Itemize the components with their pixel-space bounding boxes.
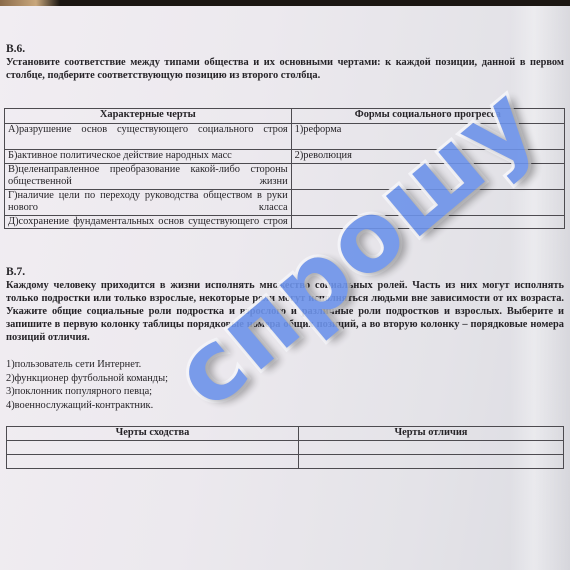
task6-number: В.6. [6, 43, 25, 55]
table-row [7, 455, 564, 469]
task7-number: В.7. [6, 266, 25, 278]
table-row: Г)наличие цели по переходу руководства о… [5, 189, 565, 215]
differences-cell[interactable] [299, 455, 564, 469]
task7-items: 1)пользователь сети Интернет. 2)функцион… [6, 358, 168, 412]
form-cell[interactable] [291, 215, 564, 229]
task7-table: Черты сходства Черты отличия [6, 426, 564, 469]
feature-cell[interactable]: Г)наличие цели по переходу руководства о… [5, 189, 292, 215]
task7-instruction: Каждому человеку приходится в жизни испо… [6, 279, 564, 344]
list-item: 1)пользователь сети Интернет. [6, 358, 168, 372]
table-row: Д)сохранение фундаментальных основ сущес… [5, 215, 565, 229]
form-cell[interactable] [291, 163, 564, 189]
list-item: 3)поклонник популярного певца; [6, 385, 168, 399]
table-header-row: Черты сходства Черты отличия [7, 427, 564, 441]
differences-cell[interactable] [299, 441, 564, 455]
task6-instruction: Установите соответствие между типами общ… [6, 56, 564, 82]
column-header-forms: Формы социального прогресса [291, 109, 564, 124]
form-cell[interactable] [291, 189, 564, 215]
column-header-differences: Черты отличия [299, 427, 564, 441]
feature-cell[interactable]: Д)сохранение фундаментальных основ сущес… [5, 215, 292, 229]
table-header-row: Характерные черты Формы социального прог… [5, 109, 565, 124]
column-header-features: Характерные черты [5, 109, 292, 124]
list-item: 2)функционер футбольной команды; [6, 372, 168, 386]
table-row: В)целенаправленное преобразование какой-… [5, 163, 565, 189]
form-cell[interactable]: 1)реформа [291, 124, 564, 150]
feature-cell[interactable]: А)разрушение основ существующего социаль… [5, 124, 292, 150]
worksheet-page: В.6. Установите соответствие между типам… [0, 6, 570, 570]
column-header-similarities: Черты сходства [7, 427, 299, 441]
table-row: Б)активное политическое действие народны… [5, 150, 565, 164]
similarities-cell[interactable] [7, 441, 299, 455]
form-cell[interactable]: 2)революция [291, 150, 564, 164]
table-row [7, 441, 564, 455]
task6-table: Характерные черты Формы социального прог… [4, 108, 565, 229]
similarities-cell[interactable] [7, 455, 299, 469]
list-item: 4)военнослужащий-контрактник. [6, 399, 168, 413]
feature-cell[interactable]: В)целенаправленное преобразование какой-… [5, 163, 292, 189]
table-row: А)разрушение основ существующего социаль… [5, 124, 565, 150]
feature-cell[interactable]: Б)активное политическое действие народны… [5, 150, 292, 164]
